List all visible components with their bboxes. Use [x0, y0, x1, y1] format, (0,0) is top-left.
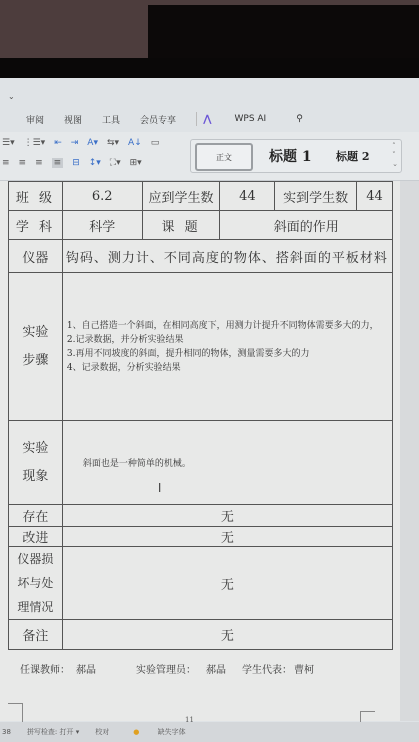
subject-label: 学 科 — [9, 211, 63, 240]
style-normal[interactable]: 正文 — [195, 143, 253, 171]
webcam-housing — [148, 5, 419, 65]
observation-label-line2: 现象 — [9, 463, 62, 491]
signoff-line: 任课教师： 郝晶 实验管理员： 郝晶 学生代表： 曹柯 — [20, 661, 400, 676]
justify-icon[interactable]: ≡ — [52, 158, 64, 168]
proofread-button[interactable]: 校对 — [95, 727, 109, 737]
wps-writer-window: ⌄ 审阅 视图 工具 会员专享 ⋀ WPS AI ⚲ ☰▾ ⋮☰▾ ⇤ ⇥ A▾… — [0, 78, 419, 742]
step-1: 1、自己搭造一个斜面，在相同高度下，用测力计提升不同物体需要多大的力， — [67, 319, 388, 333]
teacher-name: 郝晶 — [76, 661, 96, 676]
text-direction-icon[interactable]: ⇆▾ — [107, 138, 119, 148]
table-row: 实验 步骤 1、自己搭造一个斜面，在相同高度下，用测力计提升不同物体需要多大的力… — [9, 273, 393, 421]
observation-label: 实验 现象 — [9, 421, 63, 505]
status-page-info: 38 — [2, 728, 11, 736]
missing-font-label: 缺失字体 — [158, 728, 186, 736]
ribbon-row-1: ☰▾ ⋮☰▾ ⇤ ⇥ A▾ ⇆▾ A↓ ▭ — [2, 138, 168, 148]
issues-label: 存在 — [9, 505, 63, 527]
notes-label: 备注 — [9, 620, 63, 650]
table-row: 仪器 钩码、测力计、不同高度的物体、搭斜面的平板材料 — [9, 240, 393, 273]
spell-check-toggle[interactable]: 拼写检查: 打开 ▾ — [27, 727, 79, 737]
menu-view[interactable]: 视图 — [64, 113, 82, 126]
borders-icon[interactable]: ⊞▾ — [130, 158, 142, 168]
table-row: 改进 无 — [9, 527, 393, 547]
teacher-label: 任课教师： — [20, 661, 70, 676]
student-name: 曹柯 — [294, 661, 314, 676]
numbered-list-icon[interactable]: ⋮☰▾ — [24, 138, 46, 148]
chevron-down-icon[interactable]: ⌄ — [8, 92, 15, 101]
increase-indent-icon[interactable]: ⇥ — [71, 138, 79, 148]
steps-content[interactable]: 1、自己搭造一个斜面，在相同高度下，用测力计提升不同物体需要多大的力， 2.记录… — [62, 273, 392, 421]
line-spacing-icon[interactable]: ↕▾ — [89, 158, 101, 168]
issues-value[interactable]: 无 — [62, 505, 392, 527]
step-4: 4、记录数据，分析实验结果 — [67, 361, 388, 375]
step-2: 2.记录数据，并分析实验结果 — [67, 333, 388, 347]
search-icon[interactable]: ⚲ — [296, 114, 303, 124]
step-3: 3.再用不同坡度的斜面，提升相同的物体，测量需要多大的力 — [67, 347, 388, 361]
menu-bar: 审阅 视图 工具 会员专享 ⋀ WPS AI ⚲ — [0, 108, 419, 130]
student-label: 学生代表： — [242, 661, 292, 676]
missing-font-warning[interactable]: ● 缺失字体 — [125, 727, 193, 737]
align-left-icon[interactable]: ≡ — [2, 158, 10, 168]
wps-ai-button[interactable]: ⋀ WPS AI — [203, 114, 286, 125]
table-row: 仪器损 坏与处 理情况 无 — [9, 547, 393, 620]
wps-ai-label: WPS AI — [235, 114, 267, 124]
show-marks-icon[interactable]: ▭ — [151, 138, 160, 148]
subject-value[interactable]: 科学 — [62, 211, 142, 240]
ribbon-toolbar: ☰▾ ⋮☰▾ ⇤ ⇥ A▾ ⇆▾ A↓ ▭ ≡ ≡ ≡ ≡ ⊟ ↕▾ ⛶▾ ⊞▾… — [0, 132, 419, 181]
improve-value[interactable]: 无 — [62, 527, 392, 547]
document-gutter — [400, 181, 419, 721]
damage-label: 仪器损 坏与处 理情况 — [9, 547, 63, 620]
menu-review[interactable]: 审阅 — [26, 113, 44, 126]
decrease-indent-icon[interactable]: ⇤ — [54, 138, 62, 148]
monitor-bezel-edge — [0, 58, 419, 78]
status-bar: 38 拼写检查: 打开 ▾ 校对 ● 缺失字体 — [0, 722, 419, 742]
damage-value[interactable]: 无 — [62, 547, 392, 620]
equipment-label: 仪器 — [9, 240, 63, 273]
damage-label-line1: 仪器损 — [9, 547, 62, 571]
ribbon-row-2: ≡ ≡ ≡ ≡ ⊟ ↕▾ ⛶▾ ⊞▾ — [2, 158, 151, 168]
actual-students-value[interactable]: 44 — [357, 182, 393, 211]
table-row: 班 级 6.2 应到学生数 44 实到学生数 44 — [9, 182, 393, 211]
improve-label: 改进 — [9, 527, 63, 547]
sort-icon[interactable]: A↓ — [128, 138, 142, 148]
topic-value[interactable]: 斜面的作用 — [220, 211, 393, 240]
table-row: 存在 无 — [9, 505, 393, 527]
class-value[interactable]: 6.2 — [62, 182, 142, 211]
admin-name: 郝晶 — [206, 661, 226, 676]
shading-icon[interactable]: ⛶▾ — [110, 158, 121, 168]
style-heading-1[interactable]: 标题 1 — [269, 146, 312, 166]
style-heading-2[interactable]: 标题 2 — [336, 148, 369, 164]
styles-scroll-icon[interactable]: ˄˅⌄ — [392, 142, 398, 169]
damage-label-line2: 坏与处 — [9, 571, 62, 595]
observation-text: 斜面也是一种简单的机械。 — [83, 459, 191, 469]
table-row: 学 科 科学 课 题 斜面的作用 — [9, 211, 393, 240]
topic-label: 课 题 — [142, 211, 220, 240]
menu-divider — [196, 112, 197, 126]
notes-value[interactable]: 无 — [62, 620, 392, 650]
menu-tools[interactable]: 工具 — [102, 113, 120, 126]
steps-label-line2: 步骤 — [9, 347, 62, 375]
observation-label-line1: 实验 — [9, 435, 62, 463]
bullet-list-icon[interactable]: ☰▾ — [2, 138, 15, 148]
align-center-icon[interactable]: ≡ — [19, 158, 27, 168]
styles-gallery: 正文 标题 1 标题 2 ˄˅⌄ — [190, 139, 402, 173]
warning-icon: ● — [133, 728, 139, 736]
distributed-align-icon[interactable]: ⊟ — [72, 158, 80, 168]
observation-content[interactable]: 斜面也是一种简单的机械。 I — [62, 421, 392, 505]
text-cursor-icon: I — [158, 481, 162, 495]
steps-label: 实验 步骤 — [9, 273, 63, 421]
class-label: 班 级 — [9, 182, 63, 211]
menu-member[interactable]: 会员专享 — [140, 113, 176, 126]
document-page[interactable]: 班 级 6.2 应到学生数 44 实到学生数 44 学 科 科学 课 题 斜面的… — [0, 181, 400, 721]
steps-label-line1: 实验 — [9, 319, 62, 347]
damage-label-line3: 理情况 — [9, 595, 62, 619]
expected-students-label: 应到学生数 — [142, 182, 220, 211]
change-case-icon[interactable]: A▾ — [87, 138, 98, 148]
admin-label: 实验管理员： — [136, 661, 196, 676]
experiment-record-table: 班 级 6.2 应到学生数 44 实到学生数 44 学 科 科学 课 题 斜面的… — [8, 181, 393, 650]
expected-students-value[interactable]: 44 — [220, 182, 275, 211]
page-margin-corner-left — [8, 703, 23, 722]
table-row: 备注 无 — [9, 620, 393, 650]
wps-ai-logo-icon: ⋀ — [203, 114, 211, 125]
align-right-icon[interactable]: ≡ — [35, 158, 43, 168]
equipment-value[interactable]: 钩码、测力计、不同高度的物体、搭斜面的平板材料 — [62, 240, 392, 273]
table-row: 实验 现象 斜面也是一种简单的机械。 I — [9, 421, 393, 505]
actual-students-label: 实到学生数 — [275, 182, 357, 211]
